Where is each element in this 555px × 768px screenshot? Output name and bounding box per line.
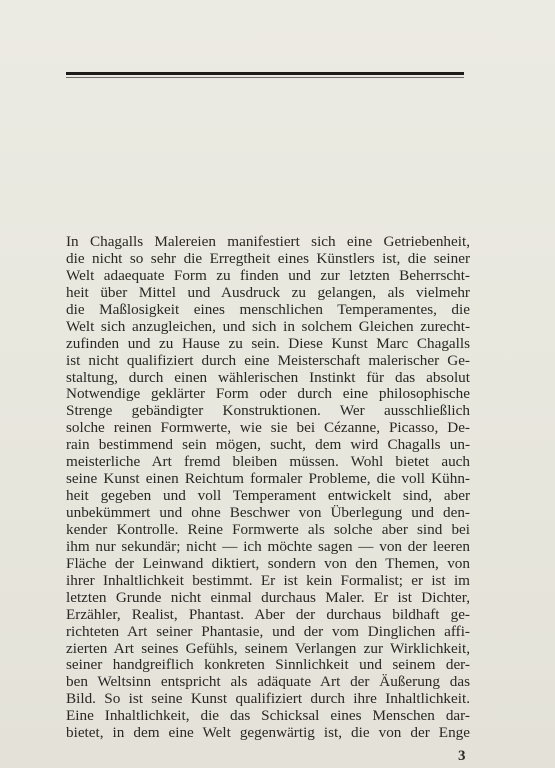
text-line: heit über Mittel und Ausdruck zu gelange…: [66, 285, 470, 302]
text-line: ihm nur sekundär; nicht — ich möchte sag…: [66, 539, 470, 556]
text-line: kender Kontrolle. Reine Formwerte als so…: [66, 522, 470, 539]
book-page: In Chagalls Malereien manifestiert sich …: [0, 0, 555, 768]
text-line: Notwendige geklärter Form oder durch ein…: [66, 386, 470, 403]
text-line: die Maßlosigkeit eines menschlichen Temp…: [66, 302, 470, 319]
page-number: 3: [458, 748, 466, 765]
text-line: Welt adaequate Form zu finden und zur le…: [66, 268, 470, 285]
text-line: bietet, in dem eine Welt gegenwärtig ist…: [66, 725, 470, 742]
text-line: rain bestimmend sein mögen, sucht, dem w…: [66, 437, 470, 454]
header-rule-thick: [66, 72, 464, 75]
header-rule-thin: [66, 77, 464, 78]
text-line: zufinden und zu Hause zu sein. Diese Kun…: [66, 336, 470, 353]
text-line: seine Kunst einen Reichtum formaler Prob…: [66, 471, 470, 488]
text-line: ihrer Inhaltlichkeit bestimmt. Er ist ke…: [66, 573, 470, 590]
text-line: Erzähler, Realist, Phantast. Aber der du…: [66, 607, 470, 624]
text-line: zierten Art seines Gefühls, seinem Verla…: [66, 641, 470, 658]
text-line: Bild. So ist seine Kunst qualifiziert du…: [66, 691, 470, 708]
text-line: Welt sich anzugleichen, und sich in solc…: [66, 319, 470, 336]
text-line: In Chagalls Malereien manifestiert sich …: [66, 234, 470, 251]
body-paragraph: In Chagalls Malereien manifestiert sich …: [66, 234, 470, 742]
text-line: die nicht so sehr die Erregtheit eines K…: [66, 251, 470, 268]
text-line: richteten Art seiner Phantasie, und der …: [66, 624, 470, 641]
text-line: unbekümmert und ohne Beschwer von Überle…: [66, 505, 470, 522]
text-line: solche reinen Formwerte, wie sie bei Céz…: [66, 420, 470, 437]
text-line: heit gegeben und voll Temperament entwic…: [66, 488, 470, 505]
text-line: staltung, durch einen wählerischen Insti…: [66, 370, 470, 387]
text-line: ben Weltsinn entspricht als adäquate Art…: [66, 674, 470, 691]
text-line: Strenge gebändigter Konstruktionen. Wer …: [66, 403, 470, 420]
text-line: Eine Inhaltlichkeit, die das Schicksal e…: [66, 708, 470, 725]
text-line: seiner handgreiflich konkreten Sinnlichk…: [66, 657, 470, 674]
text-line: meisterliche Art fremd bleiben müssen. W…: [66, 454, 470, 471]
text-line: ist nicht qualifiziert durch eine Meiste…: [66, 353, 470, 370]
text-line: Fläche der Leinwand diktiert, sondern vo…: [66, 556, 470, 573]
text-line: letzten Grunde nicht einmal durchaus Mal…: [66, 590, 470, 607]
